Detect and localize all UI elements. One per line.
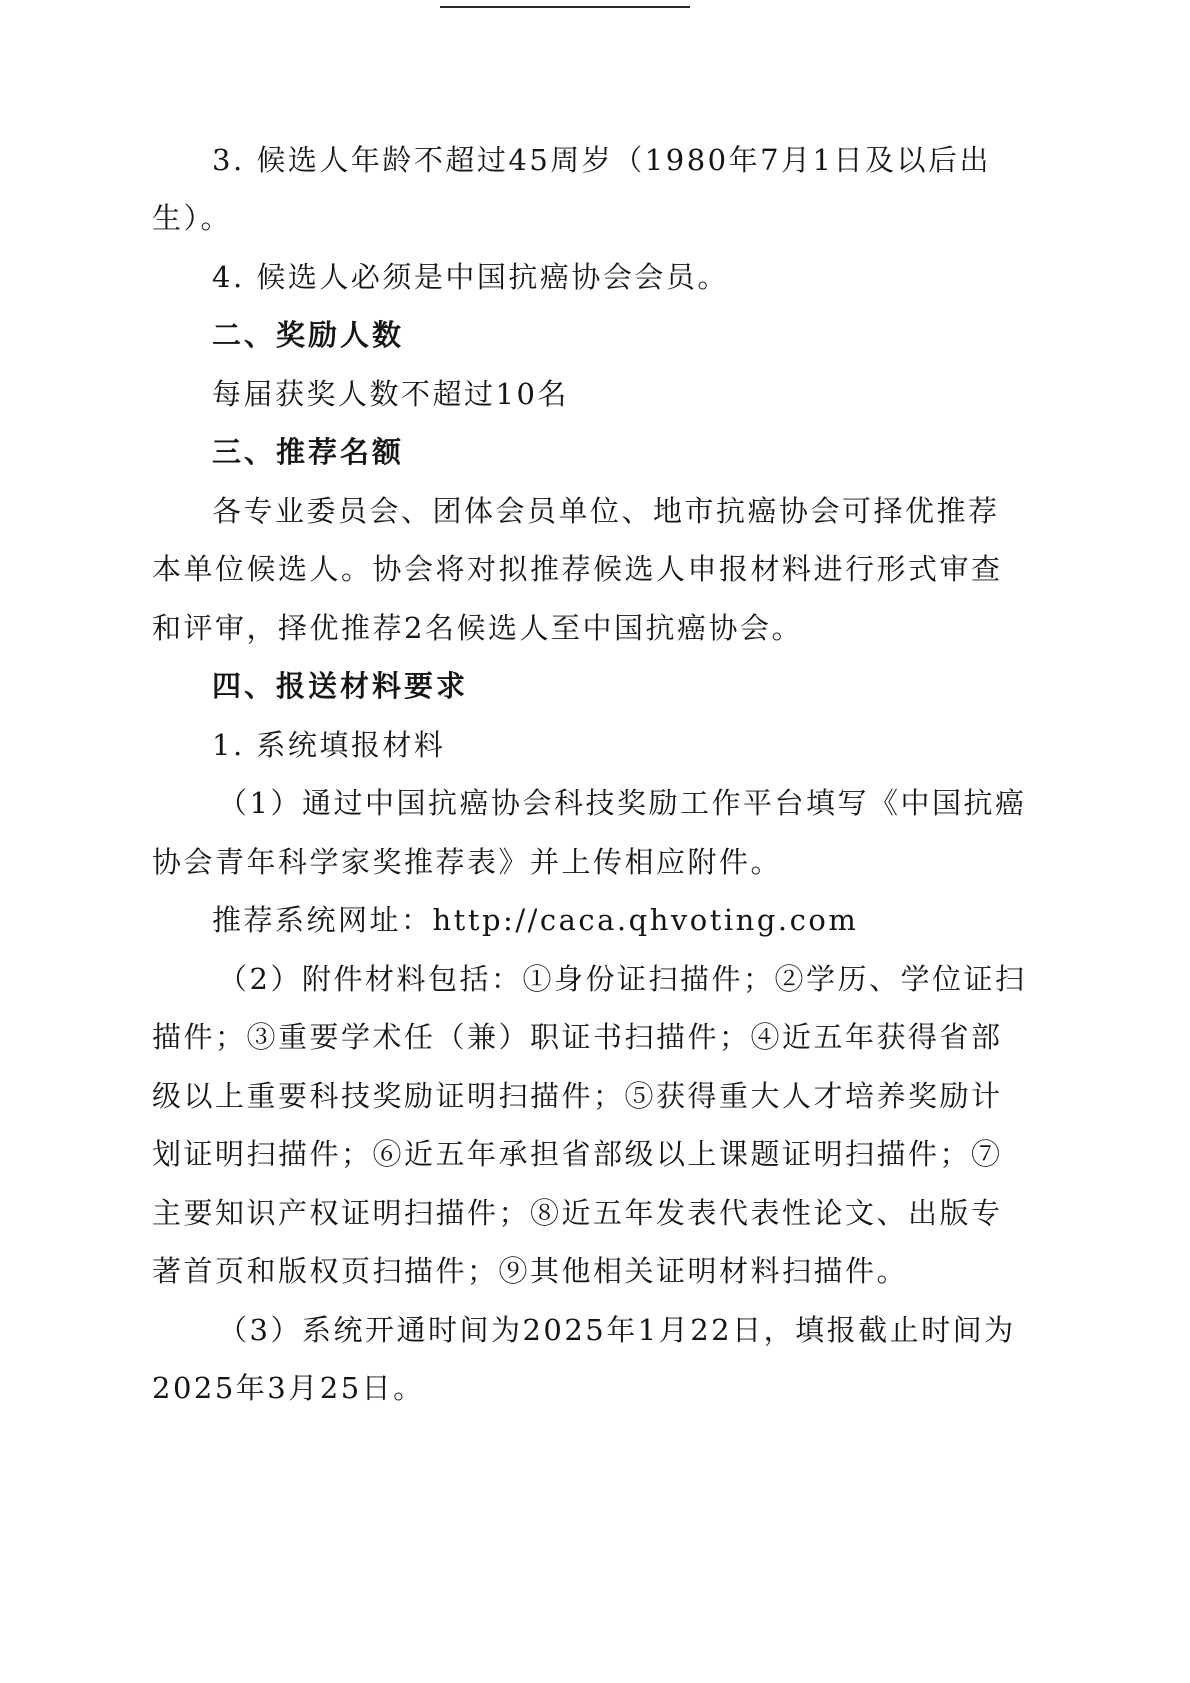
eligibility-item-3-line-2: 生）。 xyxy=(152,198,232,238)
section-3-body-line-3: 和评审，择优推荐2名候选人至中国抗癌协会。 xyxy=(152,608,803,648)
section-3-title: 三、推荐名额 xyxy=(212,432,404,472)
item-2-line-6: 著首页和版权页扫描件；⑨其他相关证明材料扫描件。 xyxy=(152,1251,908,1291)
item-2-line-4: 划证明扫描件；⑥近五年承担省部级以上课题证明扫描件；⑦ xyxy=(152,1134,962,1174)
item-1-line-1: （1）通过中国抗癌协会科技奖励工作平台填写《中国抗癌 xyxy=(218,783,962,823)
section-3-body-line-1: 各专业委员会、团体会员单位、地市抗癌协会可择优推荐 xyxy=(212,491,962,531)
section-2-title: 二、奖励人数 xyxy=(212,315,404,355)
header-rule xyxy=(440,6,690,8)
item-2-line-2: 描件；③重要学术任（兼）职证书扫描件；④近五年获得省部 xyxy=(152,1017,962,1057)
item-2-line-1: （2）附件材料包括：①身份证扫描件；②学历、学位证扫 xyxy=(218,959,962,999)
section-3-body-line-2: 本单位候选人。协会将对拟推荐候选人申报材料进行形式审查 xyxy=(152,549,962,589)
item-3-line-1: （3）系统开通时间为2025年1月22日，填报截止时间为 xyxy=(218,1310,962,1350)
item-2-line-5: 主要知识产权证明扫描件；⑧近五年发表代表性论文、出版专 xyxy=(152,1193,962,1233)
system-url: 推荐系统网址：http://caca.qhvoting.com xyxy=(212,900,858,940)
section-4-title: 四、报送材料要求 xyxy=(212,666,468,706)
item-1-line-2: 协会青年科学家奖推荐表》并上传相应附件。 xyxy=(152,842,782,882)
eligibility-item-3-line-1: 3. 候选人年龄不超过45周岁（1980年7月1日及以后出 xyxy=(212,140,962,180)
section-4-sub-1: 1. 系统填报材料 xyxy=(212,725,445,765)
eligibility-item-4: 4. 候选人必须是中国抗癌协会会员。 xyxy=(212,257,729,297)
item-3-line-2: 2025年3月25日。 xyxy=(152,1368,425,1408)
section-2-body: 每届获奖人数不超过10名 xyxy=(212,374,569,414)
item-2-line-3: 级以上重要科技奖励证明扫描件；⑤获得重大人才培养奖励计 xyxy=(152,1076,962,1116)
